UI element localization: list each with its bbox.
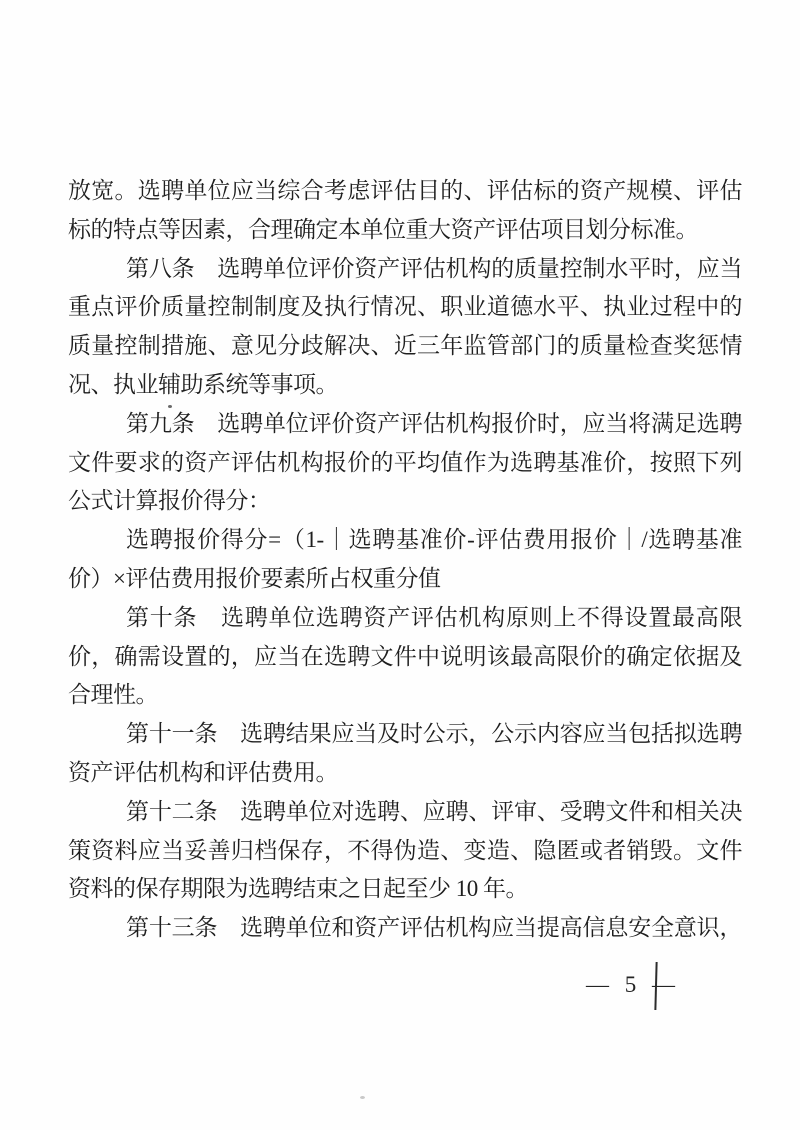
- document-body: 放宽。选聘单位应当综合考虑评估目的、评估标的资产规模、评估标的特点等因素，合理确…: [68, 172, 742, 948]
- text-line: 资料的保存期限为选聘结束之日起至少 10 年。: [68, 870, 742, 909]
- scanned-document-page: 放宽。选聘单位应当综合考虑评估目的、评估标的资产规模、评估标的特点等因素，合理确…: [0, 0, 800, 1130]
- text-line: 质量控制措施、意见分歧解决、近三年监管部门的质量检查奖惩情: [68, 327, 742, 366]
- text-line: 第十条 选聘单位选聘资产评估机构原则上不得设置最高限: [68, 599, 742, 638]
- text-line: 况、执业辅助系统等事项。: [68, 366, 742, 405]
- text-line: 价）×评估费用报价要素所占权重分值: [68, 560, 742, 599]
- text-line: 放宽。选聘单位应当综合考虑评估目的、评估标的资产规模、评估: [68, 172, 742, 211]
- text-line: 第十一条 选聘结果应当及时公示，公示内容应当包括拟选聘: [68, 715, 742, 754]
- text-line: 选聘报价得分=（1-｜选聘基准价-评估费用报价｜/选聘基准: [68, 521, 742, 560]
- text-line: 重点评价质量控制制度及执行情况、职业道德水平、执业过程中的: [68, 288, 742, 327]
- text-line: 第十三条 选聘单位和资产评估机构应当提高信息安全意识，: [68, 909, 742, 948]
- text-line: 第八条 选聘单位评价资产评估机构的质量控制水平时，应当: [68, 250, 742, 289]
- text-line: 第十二条 选聘单位对选聘、应聘、评审、受聘文件和相关决: [68, 793, 742, 832]
- text-line: 公式计算报价得分：: [68, 482, 742, 521]
- scan-artifact-dot: [168, 405, 172, 408]
- text-line: 文件要求的资产评估机构报价的平均值作为选聘基准价，按照下列: [68, 444, 742, 483]
- scan-artifact-dot: [735, 659, 738, 661]
- text-line: 资产评估机构和评估费用。: [68, 754, 742, 793]
- text-line: 合理性。: [68, 676, 742, 715]
- text-line: 标的特点等因素，合理确定本单位重大资产评估项目划分标准。: [68, 211, 742, 250]
- text-line: 第九条 选聘单位评价资产评估机构报价时，应当将满足选聘: [68, 405, 742, 444]
- page-number: — 5 —: [586, 972, 680, 997]
- scan-artifact-dot: [360, 1096, 365, 1099]
- text-line: 价，确需设置的，应当在选聘文件中说明该最高限价的确定依据及: [68, 638, 742, 677]
- text-line: 策资料应当妥善归档保存，不得伪造、变造、隐匿或者销毁。文件: [68, 832, 742, 871]
- page-footer: — 5 —: [586, 972, 680, 1002]
